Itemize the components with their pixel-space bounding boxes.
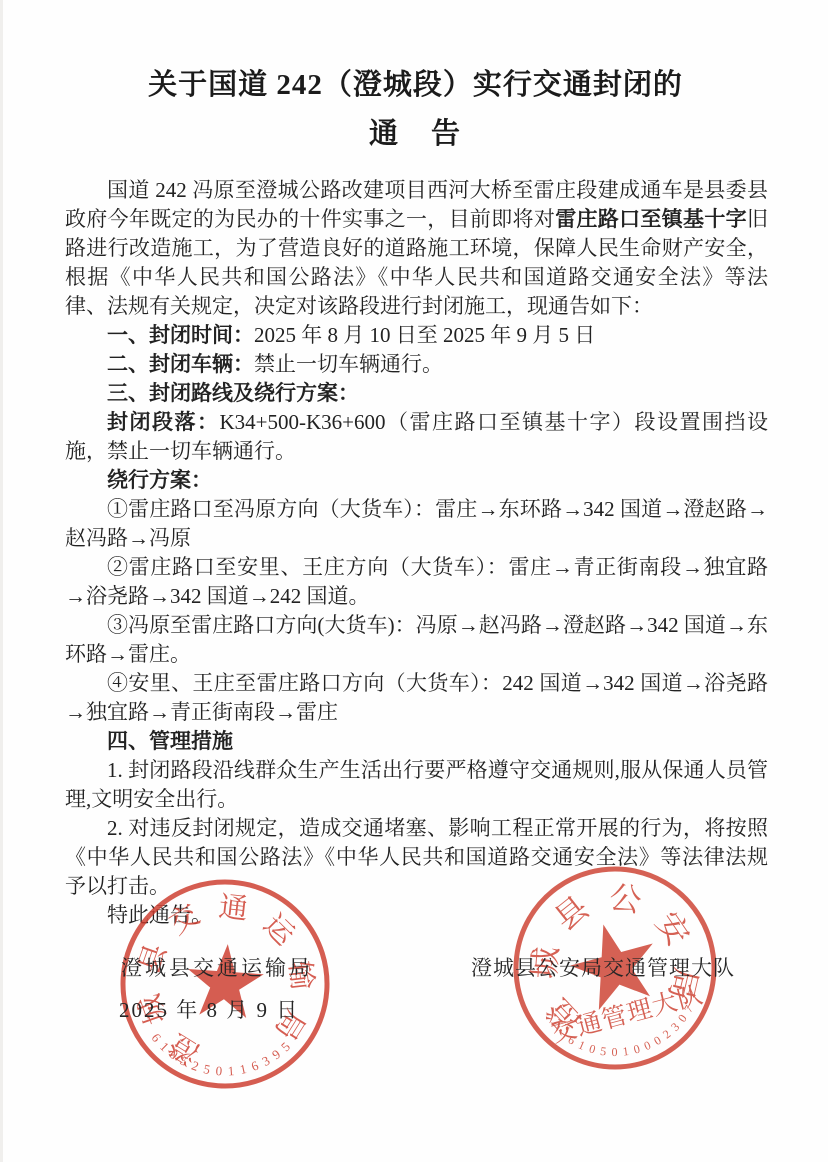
notice-paragraph: 二、封闭车辆：禁止一切车辆通行。	[65, 350, 768, 379]
notice-paragraph: 封闭段落：K34+500-K36+600（雷庄路口至镇基十字）段设置围挡设施，禁…	[65, 408, 768, 466]
svg-text:1: 1	[238, 1061, 247, 1077]
svg-text:6: 6	[249, 1057, 261, 1073]
notice-title-line1: 关于国道 242（澄城段）实行交通封闭的	[63, 62, 768, 103]
svg-text:0: 0	[215, 1063, 223, 1078]
svg-text:2: 2	[660, 1027, 673, 1042]
notice-title-line2: 通 告	[63, 111, 768, 152]
svg-text:公: 公	[607, 879, 644, 919]
svg-text:安: 安	[649, 905, 697, 952]
svg-text:6: 6	[148, 1030, 164, 1045]
notice-paragraph: 国道 242 冯原至澄城公路改建项目西河大桥至雷庄段建成通车是县委县政府今年既定…	[65, 176, 768, 321]
svg-text:1: 1	[622, 1044, 630, 1059]
notice-paragraph: ②雷庄路口至安里、王庄方向（大货车）：雷庄→青正街南段→独宜路→浴尧路→342 …	[65, 553, 768, 611]
svg-text:县: 县	[548, 889, 595, 937]
svg-text:3: 3	[259, 1053, 272, 1069]
notice-paragraph: ③冯原至雷庄路口方向(大货车)：冯原→赵冯路→澄赵路→342 国道→东环路→雷庄…	[65, 611, 768, 669]
notice-paragraph: 绕行方案：	[65, 466, 768, 495]
left-signature-org: 澄城县交通运输局	[121, 952, 313, 982]
svg-text:0: 0	[642, 1038, 653, 1053]
notice-paragraph: ①雷庄路口至冯原方向（大货车）：雷庄→东环路→342 国道→澄赵路→赵冯路→冯原	[65, 495, 768, 553]
left-signature-date: 2025 年 8 月 9 日	[119, 994, 299, 1024]
svg-text:3: 3	[668, 1020, 682, 1034]
svg-text:交: 交	[163, 898, 205, 941]
svg-text:0: 0	[651, 1033, 663, 1048]
document-page: 关于国道 242（澄城段）实行交通封闭的 通 告 国道 242 冯原至澄城公路改…	[0, 0, 828, 1162]
notice-paragraph: ④安里、王庄至雷庄路口方向（大货车）：242 国道→342 国道→浴尧路→独宜路…	[65, 669, 768, 727]
right-signature-org: 澄城县公安局交通管理大队	[471, 952, 735, 982]
svg-text:5: 5	[599, 1044, 607, 1059]
notice-paragraph: 三、封闭路线及绕行方案：	[65, 379, 768, 408]
svg-text:运: 运	[257, 909, 301, 953]
svg-text:1: 1	[227, 1063, 235, 1078]
svg-text:0: 0	[588, 1041, 598, 1056]
transport-bureau-seal: 澄城县交通运输局6105250116395	[115, 874, 335, 1094]
svg-text:0: 0	[611, 1045, 617, 1059]
notice-body: 国道 242 冯原至澄城公路改建项目西河大桥至雷庄段建成通车是县委县政府今年既定…	[65, 176, 768, 930]
svg-text:9: 9	[269, 1046, 283, 1062]
svg-text:通: 通	[217, 890, 249, 926]
svg-text:0: 0	[632, 1042, 641, 1057]
notice-paragraph: 一、封闭时间：2025 年 8 月 10 日至 2025 年 9 月 5 日	[65, 321, 768, 350]
notice-paragraph: 四、管理措施	[65, 727, 768, 756]
notice-paragraph: 1. 封闭路段沿线群众生产生活出行要严格遵守交通规则,服从保通人员管理,文明安全…	[65, 756, 768, 814]
svg-text:5: 5	[202, 1061, 211, 1077]
signature-area: 澄城县交通运输局6105250116395 澄城县公安局交通管理大队610501…	[3, 868, 828, 1162]
